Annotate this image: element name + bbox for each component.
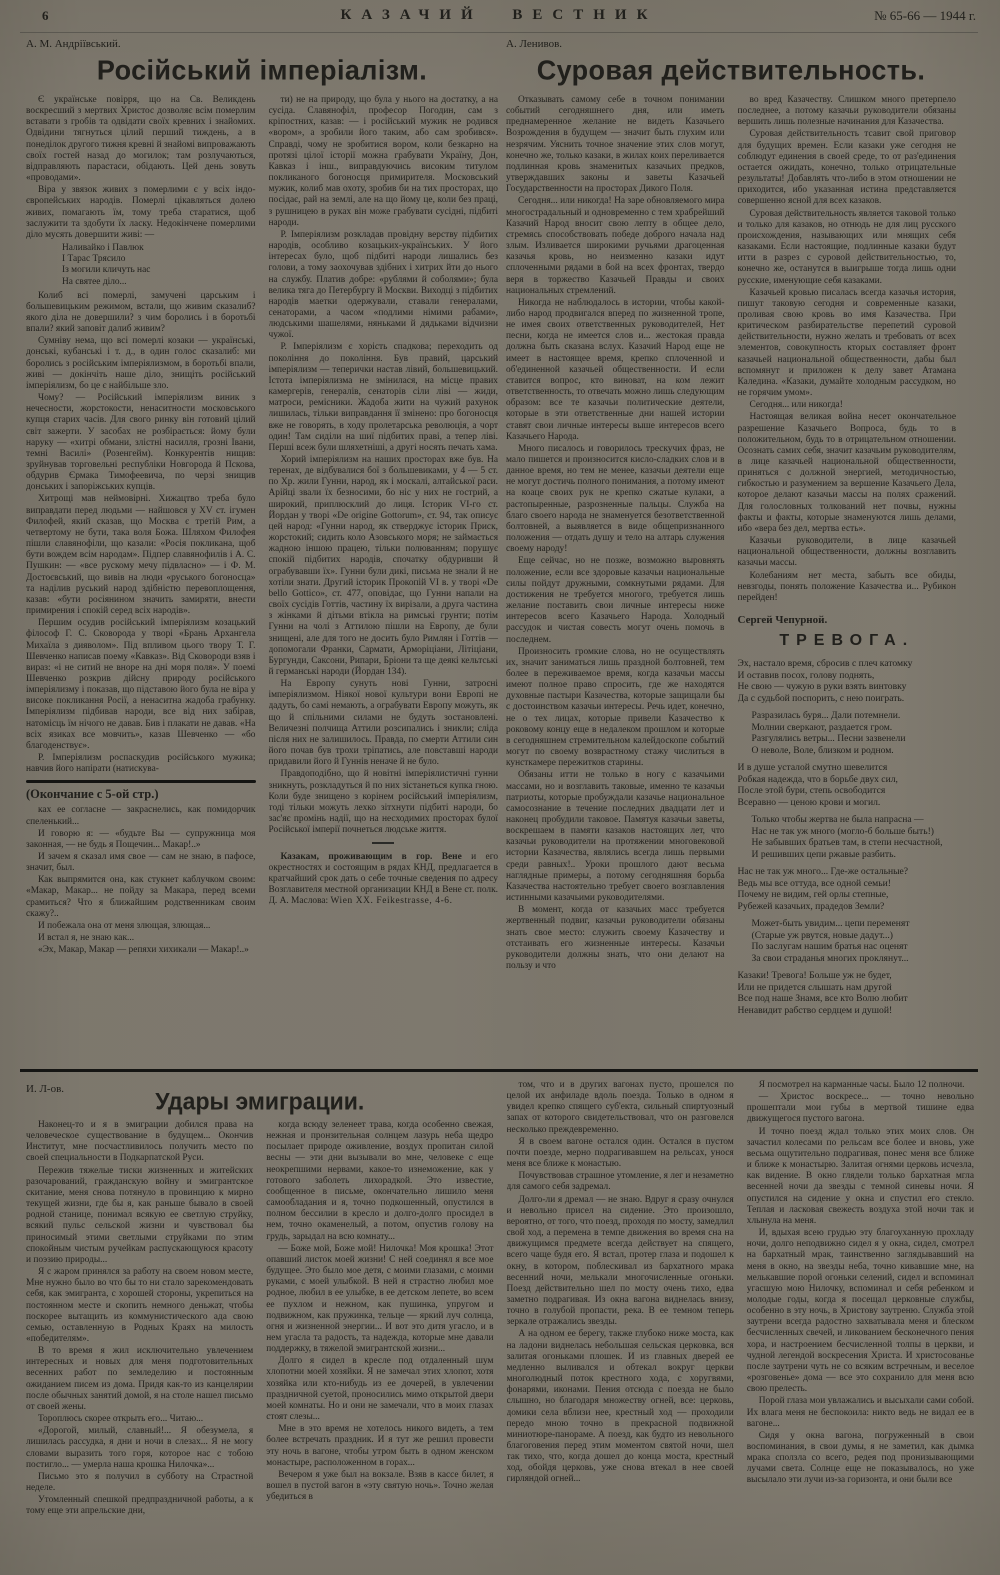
bottom-column-4: Я посмотрел на карманные часы. Было 12 п… <box>747 1080 974 1572</box>
paragraph: Наконец-то и я в эмиграции добился права… <box>26 1120 253 1165</box>
paragraph: И говорю я: — «будьте Вы — супружница мо… <box>26 829 256 851</box>
poem-line: Не забывших братьев там, в степи несчаст… <box>752 837 957 849</box>
paragraph: Вечером я уже был на вокзале. Взяв в кас… <box>266 1470 493 1503</box>
bottom-column-2: когда всюду зеленеет трава, когда особен… <box>266 1120 493 1572</box>
poem-line: Почему не видим, гей орлы степные, <box>738 889 957 901</box>
poem-line: И решивших цепи ржавые разбить. <box>752 849 957 861</box>
stanza-2: Разразилась буря... Дали потемнели.Молни… <box>738 710 957 756</box>
article-right: А. Ленивов. Суровая действительность. От… <box>506 38 956 1071</box>
paragraph: Р. Імперіялизм розкладав провідну верств… <box>269 230 499 342</box>
article-bottom-left-columns: Наконец-то и я в эмиграции добился права… <box>26 1120 494 1572</box>
paragraph: Сегодня... или никогда! На заре обновляе… <box>506 196 725 296</box>
paragraph: И точно поезд ждал только этих моих слов… <box>747 1127 974 1227</box>
poem-line: Разгулялись ветры... Песни зазвенели <box>752 733 957 745</box>
poem-line: Рубежей казачьих, прадедов Земли? <box>738 901 957 913</box>
paragraph: Много писалось и говорилось трескучих фр… <box>506 444 725 556</box>
article-bottom-right: том, что и в других вагонах пусто, проше… <box>507 1080 975 1572</box>
poem-line: И оставив посох, голову поднять, <box>738 670 957 682</box>
paragraph: том, что и в других вагонах пусто, проше… <box>507 1080 734 1136</box>
newspaper-page: 6 КАЗАЧИЙ ВЕСТНИК № 65-66 — 1944 г. А. М… <box>0 0 1000 1575</box>
page-header: 6 КАЗАЧИЙ ВЕСТНИК № 65-66 — 1944 г. <box>20 6 978 28</box>
paragraph: Произносить громкие слова, но не осущест… <box>506 647 725 770</box>
header-rule <box>20 29 978 32</box>
article-right-byline: А. Ленивов. <box>506 38 956 50</box>
column-3: Отказывать самому себе в точном понимани… <box>506 95 725 1071</box>
paragraph: Как выпрямится она, как стукнет каблучко… <box>26 875 256 920</box>
paragraph: когда всюду зеленеет трава, когда особен… <box>266 1120 493 1243</box>
paragraph: И зачем я сказал имя свое — сам не знаю,… <box>26 852 256 874</box>
issue-number: № 65-66 — 1944 г. <box>874 8 976 24</box>
paragraph: Хорий імперіялизм на наших просторах вже… <box>269 455 499 678</box>
poem-line: По заслугам нашим братья нас оценят <box>752 941 957 953</box>
notice-text: Казакам, проживающим в гор. Вене и его о… <box>269 852 499 908</box>
poem-line: Ведь мы все оттуда, все одной семьи! <box>738 878 957 890</box>
paragraph: Долго-ли я дремал — не знаю. Вдруг я сра… <box>507 1195 734 1329</box>
article-bottom-left: И. Л-ов. Удары эмиграции. Наконец-то и я… <box>26 1080 494 1572</box>
paragraph: И встал я, не знаю как... <box>26 933 256 944</box>
paragraph: Обязаны итти не только в ногу с казачьим… <box>506 770 725 904</box>
paragraph: В то время я жил исключительно увлечение… <box>26 1346 253 1413</box>
paragraph: Казачьей кровью писалась всегда казачья … <box>738 288 957 400</box>
paragraph: Никогда не наблюдалось в истории, чтобы … <box>506 298 725 443</box>
paragraph: В момент, когда от казачьих масс требует… <box>506 905 725 972</box>
article-left: А. М. Андріївський. Російський імперіалі… <box>26 38 498 1071</box>
poem-line: За свои страданья многих проклянут... <box>752 953 957 965</box>
stanza-4: Только чтобы жертва не была напрасна —На… <box>738 814 957 860</box>
paragraph: Чому? — Російський імперіялизм виник з н… <box>26 393 256 493</box>
poem-line: Нас не так уж много... Где-же остальные? <box>738 866 957 878</box>
paragraph: Тороплюсь скорее открыть его... Читаю... <box>26 1414 253 1425</box>
verse-line: На святее діло... <box>62 277 256 288</box>
poem-line: После этой бури, степь освободится <box>738 785 957 797</box>
poem-line: Нас не так уж много (могло-б больше быть… <box>752 826 957 838</box>
paragraph: Сегодня... или никогда! <box>738 400 957 411</box>
paragraph: Почувствовав страшное утомление, я лег и… <box>507 1171 734 1193</box>
poem-line: Ненавидит рабство сердцем и душой! <box>738 1005 957 1017</box>
article-left-byline: А. М. Андріївський. <box>26 38 498 50</box>
article-left-columns: Є українське повірря, що на Св. Великден… <box>26 95 498 1071</box>
column-4-text: во вред Казачеству. Слишком много претер… <box>738 95 957 604</box>
article-right-columns: Отказывать самому себе в точном понимани… <box>506 95 956 1071</box>
notice-address: Wien XX. Feikestrasse, 4-6. <box>330 896 452 906</box>
paragraph: Настоящая великая война несет окончатель… <box>738 412 957 535</box>
paragraph: Хитрощі мав неймовірні. Хижацтво треба б… <box>26 494 256 617</box>
verse-line: Із могили кличуть нас <box>62 265 256 276</box>
paragraph: Долго я сидел в кресле под отдаленный шу… <box>266 1356 493 1423</box>
section-divider-rule <box>20 1069 978 1072</box>
stanza-5: Нас не так уж много... Где-же остальные?… <box>738 866 957 912</box>
paragraph: Письмо это я получил в субботу на Страст… <box>26 1472 253 1494</box>
paragraph: Віра у звязок живих з померлими є у всіх… <box>26 185 256 241</box>
poem-line: Или не придется слышать нам другой <box>738 982 957 994</box>
verse-line: І Тарас Трясило <box>62 254 256 265</box>
paragraph: Суровая действительность является таково… <box>738 209 957 287</box>
paragraph: Сумніву нема, що всі померлі козаки — ук… <box>26 336 256 392</box>
column-3-text: Отказывать самому себе в точном понимани… <box>506 95 725 972</box>
paragraph: Утомленный спешкой предпраздничной работ… <box>26 1495 253 1517</box>
paragraph: А на одном ее берегу, также глубоко ниже… <box>507 1329 734 1485</box>
poem-line: Робкая надежда, что в борьбе двух сил, <box>738 774 957 786</box>
bottom-column-2-text: когда всюду зеленеет трава, когда особен… <box>266 1120 493 1503</box>
article-left-head: А. М. Андріївський. Російський імперіалі… <box>26 38 498 95</box>
poem-line: Да с судьбой поспорить, с нею поиграть. <box>738 693 957 705</box>
column-1: Є українське повірря, що на Св. Великден… <box>26 95 256 1071</box>
paragraph: И, вдыхая всею грудью эту благоуханную п… <box>747 1228 974 1395</box>
paragraph: Пережив тяжелые тиски жизненных и житейс… <box>26 1166 253 1266</box>
bottom-column-1: Наконец-то и я в эмиграции добился права… <box>26 1120 253 1572</box>
paragraph: — Христос воскресе... — точно невольно п… <box>747 1092 974 1125</box>
poem-byline: Сергей Чепурной. <box>738 614 957 626</box>
poem-line: Все под наше Знамя, все кто Волю любит <box>738 993 957 1005</box>
poem-line: Казаки! Тревога! Больше уж не будет, <box>738 970 957 982</box>
paragraph: ках ее согласне — закраснелись, как поми… <box>26 805 256 827</box>
article-bottom-title: Удары эмиграции. <box>26 1079 494 1114</box>
poem-line: (Старые уж рвутся, новые дадут...) <box>752 930 957 942</box>
paragraph: ти) не на природу, що була у нього на до… <box>269 95 499 229</box>
paragraph: Колебаниям нет места, забыть все обиды, … <box>738 571 957 604</box>
paragraph: Еще сейчас, но не позже, возможно выровн… <box>506 556 725 645</box>
bottom-column-3: том, что и в других вагонах пусто, проше… <box>507 1080 734 1572</box>
column-1-text-b: Колиб всі померлі, замучені царським і б… <box>26 291 256 776</box>
paragraph: Є українське повірря, що на Св. Великден… <box>26 95 256 184</box>
section-dash-divider <box>372 842 394 844</box>
notice-lead: Казакам, проживающим в гор. Вене <box>281 852 462 862</box>
column-1-text-a: Є українське повірря, що на Св. Великден… <box>26 95 256 241</box>
stanza-3: И в душе усталой смутно шевелитсяРобкая … <box>738 762 957 808</box>
paragraph: Я с жаром принялся за работу на своем но… <box>26 1267 253 1345</box>
verse-block: Наливайко і ПавлюкІ Тарас ТрясилоІз моги… <box>62 243 256 288</box>
bottom-column-1-text: Наконец-то и я в эмиграции добился права… <box>26 1120 253 1517</box>
article-bottom-head: И. Л-ов. Удары эмиграции. <box>26 1080 494 1120</box>
paragraph: Правдоподібно, що й новітні імперіялисти… <box>269 769 499 836</box>
poem-line: Всеравно — ценою крови и могил. <box>738 797 957 809</box>
notice-kazakam: Казакам, проживающим в гор. Вене и его о… <box>269 852 499 908</box>
paragraph: И побежала она от меня злющая, злющая... <box>26 921 256 932</box>
article-bottom-right-columns: том, что и в других вагонах пусто, проше… <box>507 1080 975 1572</box>
stanza-1: Эх, настало время, сбросив с плеч катомк… <box>738 658 957 704</box>
verse-line: Наливайко і Павлюк <box>62 243 256 254</box>
paragraph: Отказывать самому себе в точном понимани… <box>506 95 725 195</box>
article-right-title: Суровая действительность. <box>506 56 956 84</box>
paragraph: Я посмотрел на карманные часы. Было 12 п… <box>747 1080 974 1091</box>
poem-line: Молнии сверкают, раздается гром. <box>752 722 957 734</box>
paragraph: Суровая действительность тсавит свой при… <box>738 129 957 207</box>
paragraph: На Европу сунуть нові Гунни, затроєні ім… <box>269 679 499 768</box>
poem-line: Эх, настало время, сбросив с плеч катомк… <box>738 658 957 670</box>
poem-line: Только чтобы жертва не была напрасна — <box>752 814 957 826</box>
continuation-heading: (Окончание с 5-ой стр.) <box>26 787 256 802</box>
paragraph: «Эх, Макар, Макар — репяхи хихикали — Ма… <box>26 945 256 956</box>
bottom-column-3-text: том, что и в других вагонах пусто, проше… <box>507 1080 734 1486</box>
paragraph: «Дорогой, милый, славный!... Я обезумела… <box>26 1426 253 1471</box>
masthead-title: КАЗАЧИЙ ВЕСТНИК <box>20 7 978 24</box>
column-4: во вред Казачеству. Слишком много претер… <box>738 95 957 1071</box>
column-2: ти) не на природу, що була у нього на до… <box>269 95 499 1071</box>
paragraph: — Боже мой, Боже мой! Нилочка! Моя крошк… <box>266 1244 493 1356</box>
paragraph: Сидя у окна вагона, погруженный в свои в… <box>747 1431 974 1487</box>
paragraph: Казачьи руководители, в лице казачьей на… <box>738 536 957 569</box>
poem-line: О неволе, Воле, близком и родном. <box>752 745 957 757</box>
paragraph: Першим осудив російський імперіялизм коз… <box>26 618 256 752</box>
poem-line: И в душе усталой смутно шевелится <box>738 762 957 774</box>
paragraph: Мне в это время не хотелось никого видет… <box>266 1424 493 1469</box>
stanza-7: Казаки! Тревога! Больше уж не будет,Или … <box>738 970 957 1016</box>
paragraph: Р. Імперіялизм є хорість спадкова; перех… <box>269 342 499 454</box>
continuation-text: ках ее согласне — закраснелись, как поми… <box>26 805 256 956</box>
article-left-title: Російський імперіалізм. <box>26 56 498 84</box>
poem-trevoga: Сергей Чепурной. ТРЕВОГА. Эх, настало вр… <box>738 614 957 1016</box>
bottom-column-4-text: Я посмотрел на карманные часы. Было 12 п… <box>747 1080 974 1487</box>
stanza-6: Может-быть увидим... цепи переменят(Стар… <box>738 918 957 964</box>
poem-line: Может-быть увидим... цепи переменят <box>752 918 957 930</box>
paragraph: Я в своем вагоне остался один. Остался в… <box>507 1137 734 1170</box>
continuation-rule <box>26 780 256 783</box>
poem-title: ТРЕВОГА. <box>738 632 957 650</box>
article-bottom: И. Л-ов. Удары эмиграции. Наконец-то и я… <box>26 1080 974 1572</box>
column-2-text: ти) не на природу, що була у нього на до… <box>269 95 499 836</box>
article-right-head: А. Ленивов. Суровая действительность. <box>506 38 956 95</box>
poem-line: Разразилась буря... Дали потемнели. <box>752 710 957 722</box>
paragraph: Р. Імперіялизм роспаскудив російського м… <box>26 753 256 775</box>
poem-line: Не свою — чужую в руки взять винтовку <box>738 681 957 693</box>
paragraph: Колиб всі померлі, замучені царським і б… <box>26 291 256 336</box>
paragraph: Порой глаза мои увлажались и высыхали са… <box>747 1396 974 1429</box>
paragraph: во вред Казачеству. Слишком много претер… <box>738 95 957 128</box>
